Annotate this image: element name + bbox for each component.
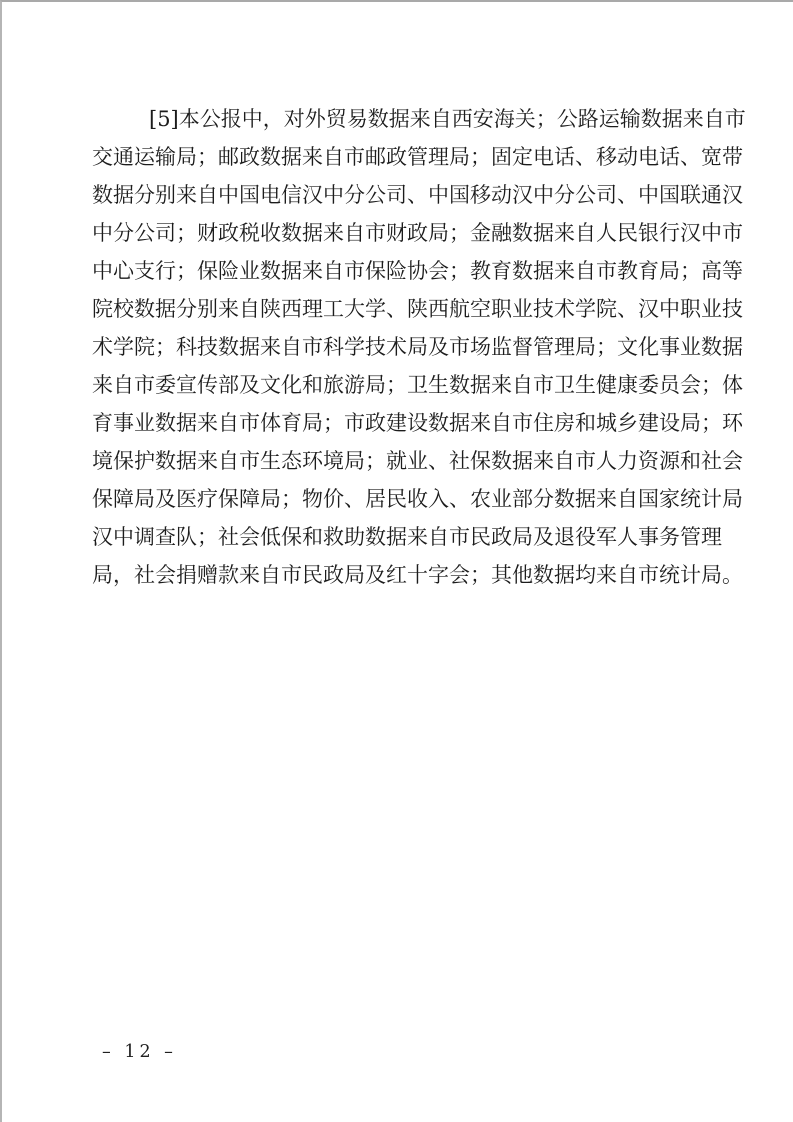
footnote-line: 来自市委宣传部及文化和旅游局；卫生数据来自市卫生健康委员会；体 [92,366,708,404]
footnote-line: 汉中调查队；社会低保和救助数据来自市民政局及退役军人事务管理 [92,518,708,556]
footnote-line: [5]本公报中，对外贸易数据来自西安海关；公路运输数据来自市 [92,100,708,138]
footnote-paragraph: [5]本公报中，对外贸易数据来自西安海关；公路运输数据来自市 交通运输局；邮政数… [92,100,708,594]
footnote-line: 保障局及医疗保障局；物价、居民收入、农业部分数据来自国家统计局 [92,480,708,518]
footnote-line: 数据分别来自中国电信汉中分公司、中国移动汉中分公司、中国联通汉 [92,176,708,214]
footnote-line: 境保护数据来自市生态环境局；就业、社保数据来自市人力资源和社会 [92,442,708,480]
footnote-line: 术学院；科技数据来自市科学技术局及市场监督管理局；文化事业数据 [92,328,708,366]
footnote-line: 交通运输局；邮政数据来自市邮政管理局；固定电话、移动电话、宽带 [92,138,708,176]
footnote-line: 局，社会捐赠款来自市民政局及红十字会；其他数据均来自市统计局。 [92,556,708,594]
footnote-line: 院校数据分别来自陕西理工大学、陕西航空职业技术学院、汉中职业技 [92,290,708,328]
footnote-line: 中分公司；财政税收数据来自市财政局；金融数据来自人民银行汉中市 [92,214,708,252]
page-number: – 12 – [102,1040,177,1064]
footnote-line: 中心支行；保险业数据来自市保险协会；教育数据来自市教育局；高等 [92,252,708,290]
footnote-line: 育事业数据来自市体育局；市政建设数据来自市住房和城乡建设局；环 [92,404,708,442]
document-page: [5]本公报中，对外贸易数据来自西安海关；公路运输数据来自市 交通运输局；邮政数… [0,0,793,1122]
